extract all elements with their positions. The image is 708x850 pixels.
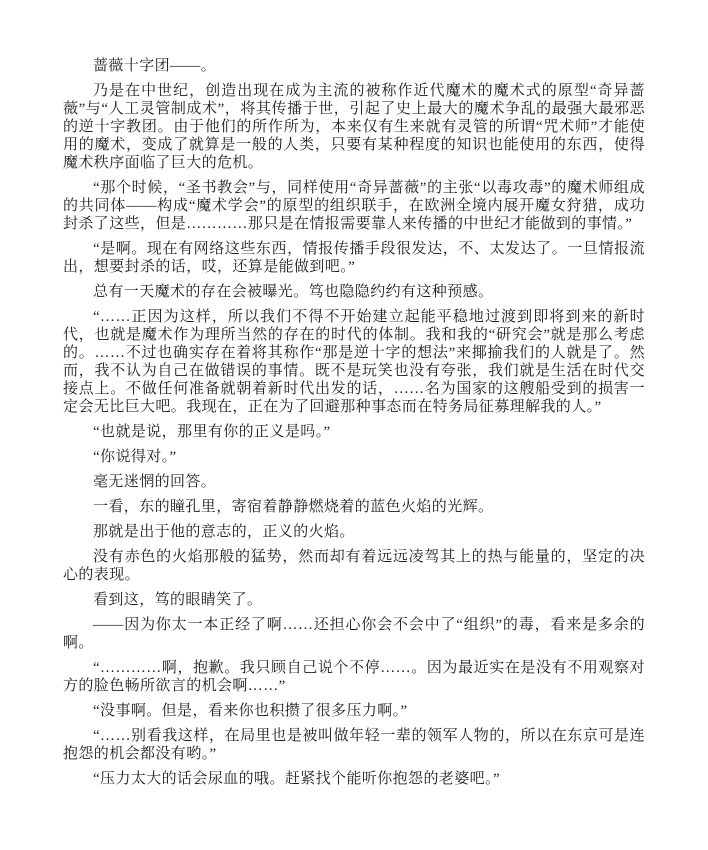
paragraph-04: “是啊。现在有网络这些东西，情报传播手段很发达，不、太发达了。一旦情报流出，想要… [63, 240, 645, 276]
paragraph-13: 看到这，笃的眼睛笑了。 [63, 591, 645, 609]
paragraph-03: “那个时候，“圣书教会”与，同样使用“奇异蔷薇”的主张“以毒攻毒”的魔术师组成的… [63, 179, 645, 233]
paragraph-16: “没事啊。但是，看来你也积攒了很多压力啊。” [63, 702, 645, 720]
paragraph-15: “…………啊，抱歉。我只顾自己说个不停……。因为最近实在是没有不用观察对方的脸色… [63, 659, 645, 695]
paragraph-09: 毫无迷惘的回答。 [63, 473, 645, 491]
paragraph-11: 那就是出于他的意志的，正义的火焰。 [63, 523, 645, 541]
paragraph-07: “也就是说，那里有你的正义是吗。” [63, 423, 645, 441]
paragraph-18: “压力太大的话会尿血的哦。赶紧找个能听你抱怨的老婆吧。” [63, 770, 645, 788]
paragraph-08: “你说得对。” [63, 448, 645, 466]
paragraph-12: 没有赤色的火焰那般的猛势，然而却有着远远凌驾其上的热与能量的，坚定的决心的表现。 [63, 548, 645, 584]
paragraph-05: 总有一天魔术的存在会被曝光。笃也隐隐约约有这种预感。 [63, 283, 645, 301]
paragraph-17: “……别看我这样，在局里也是被叫做年轻一辈的领军人物的，所以在东京可是连抱怨的机… [63, 727, 645, 763]
paragraph-06: “……正因为这样，所以我们不得不开始建立起能平稳地过渡到即将到来的新时代，也就是… [63, 308, 645, 416]
paragraph-10: 一看，东的瞳孔里，寄宿着静静燃烧着的蓝色火焰的光辉。 [63, 498, 645, 516]
document-body: 蔷薇十字团——。 乃是在中世纪，创造出现在成为主流的被称作近代魔术的魔术式的原型… [63, 57, 645, 788]
document-page: 蔷薇十字团——。 乃是在中世纪，创造出现在成为主流的被称作近代魔术的魔术式的原型… [0, 0, 708, 850]
paragraph-02: 乃是在中世纪，创造出现在成为主流的被称作近代魔术的魔术式的原型“奇异蔷薇”与“人… [63, 82, 645, 172]
paragraph-01: 蔷薇十字团——。 [63, 57, 645, 75]
paragraph-14: ——因为你太一本正经了啊……还担心你会不会中了“组织”的毒，看来是多余的啊。 [63, 616, 645, 652]
